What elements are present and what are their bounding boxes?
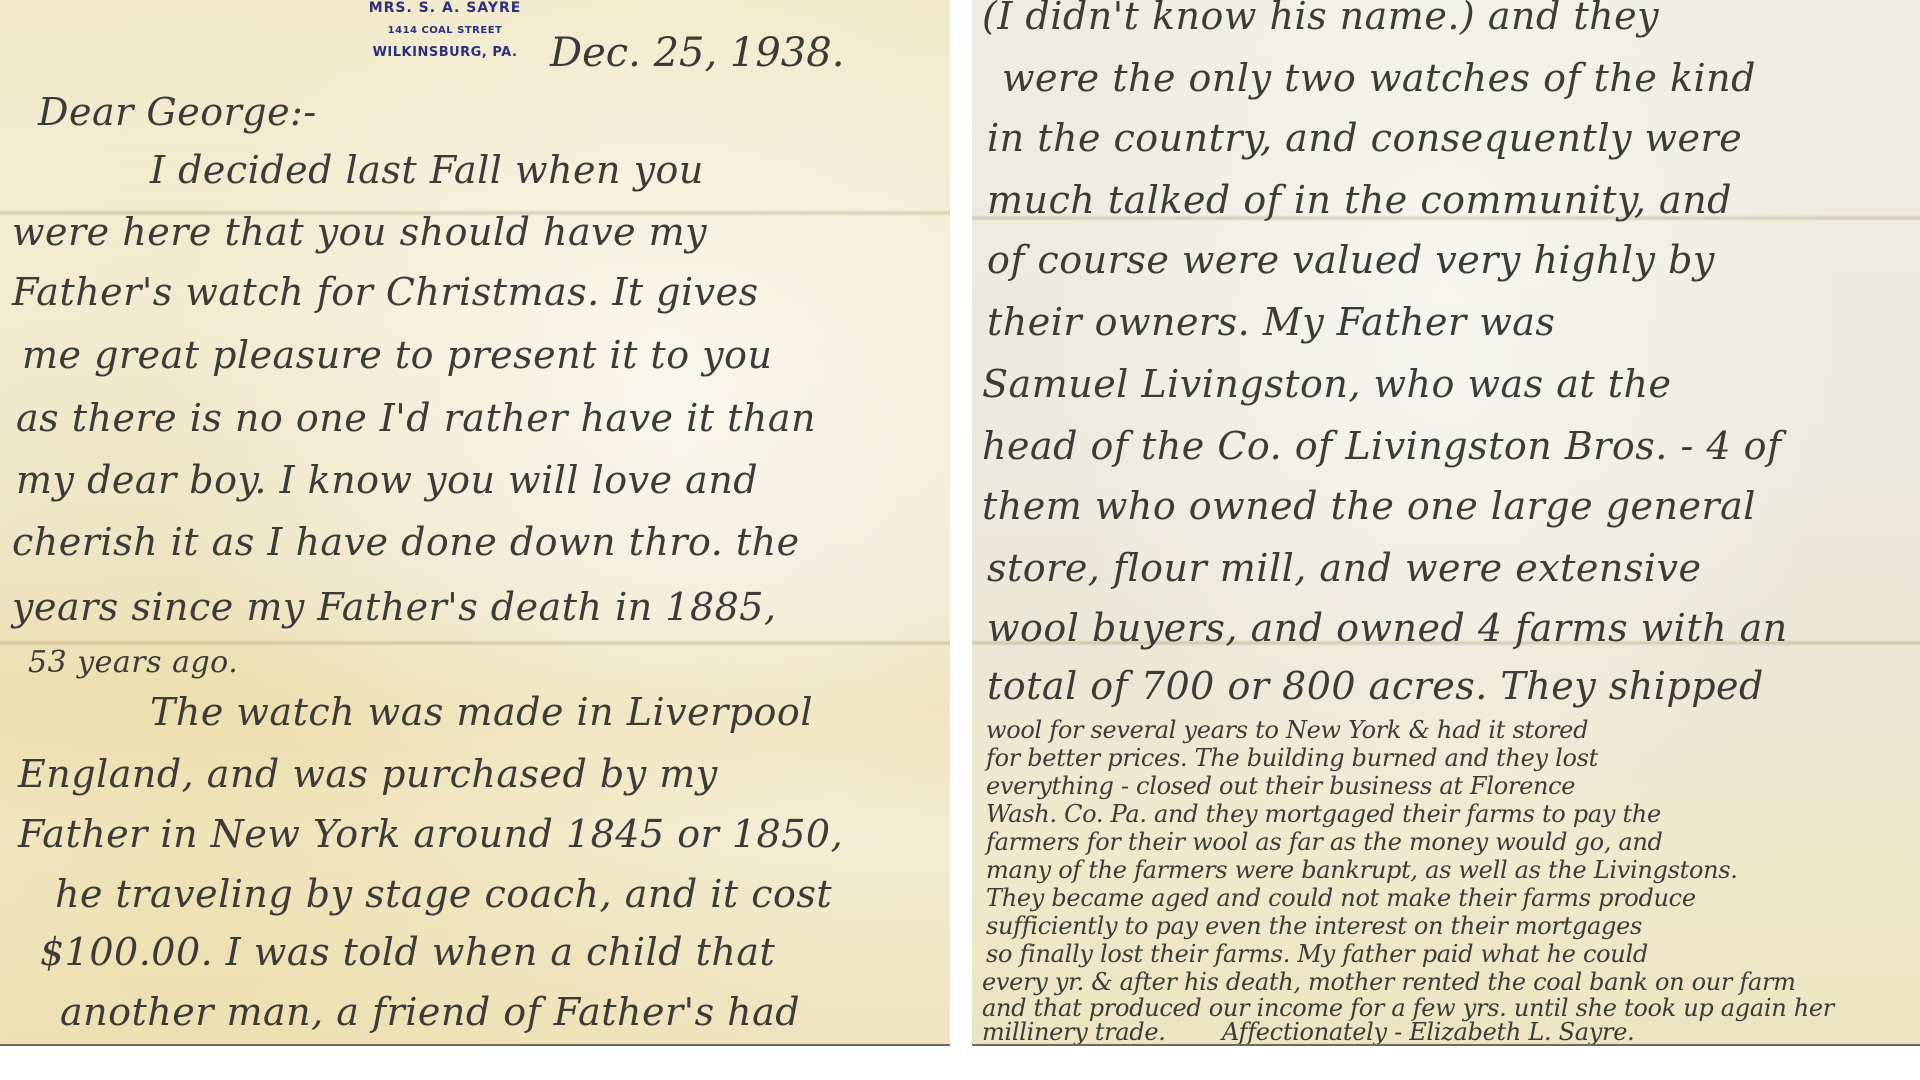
letter-page-2: (I didn't know his name.) and they were … bbox=[972, 0, 1920, 1046]
text-line: wool buyers, and owned 4 farms with an bbox=[987, 606, 1788, 650]
text-line: $100.00. I was told when a child that bbox=[40, 930, 775, 974]
text-line: farmers for their wool as far as the mon… bbox=[986, 828, 1663, 856]
text-line: I decided last Fall when you bbox=[150, 148, 704, 192]
text-line: much talked of in the community, and bbox=[987, 178, 1732, 222]
text-line: sufficiently to pay even the interest on… bbox=[986, 912, 1642, 940]
text-line: in the country, and consequently were bbox=[987, 116, 1742, 160]
text-line: Wash. Co. Pa. and they mortgaged their f… bbox=[986, 800, 1661, 828]
text-line: England, and was purchased by my bbox=[18, 752, 718, 796]
text-line: They became aged and could not make thei… bbox=[986, 884, 1696, 912]
letterhead-city: WILKINSBURG, PA. bbox=[355, 45, 535, 60]
text-line: he traveling by stage coach, and it cost bbox=[55, 872, 832, 916]
closing-signature: Affectionately - Elizabeth L. Sayre. bbox=[1222, 1018, 1634, 1046]
text-line: my dear boy. I know you will love and bbox=[16, 458, 758, 502]
text-line: another man, a friend of Father's had bbox=[60, 990, 800, 1034]
text-line: were here that you should have my bbox=[12, 210, 707, 254]
text-line: me great pleasure to present it to you bbox=[22, 333, 772, 377]
text-line: head of the Co. of Livingston Bros. - 4 … bbox=[982, 424, 1782, 468]
text-line: Father's watch for Christmas. It gives bbox=[12, 270, 759, 314]
text-line: (I didn't know his name.) and they bbox=[982, 0, 1659, 38]
text-line: so finally lost their farms. My father p… bbox=[986, 940, 1648, 968]
letter-date: Dec. 25, 1938. bbox=[550, 30, 844, 76]
text-line: for better prices. The building burned a… bbox=[986, 744, 1598, 772]
text-line: cherish it as I have done down thro. the bbox=[12, 520, 800, 564]
letter-page-1: MRS. S. A. SAYRE 1414 COAL STREET WILKIN… bbox=[0, 0, 950, 1046]
text-line: Father in New York around 1845 or 1850, bbox=[18, 812, 843, 856]
salutation: Dear George:- bbox=[38, 90, 317, 134]
text-line: total of 700 or 800 acres. They shipped bbox=[987, 664, 1764, 708]
text-line: them who owned the one large general bbox=[982, 484, 1756, 528]
letterhead-name: MRS. S. A. SAYRE bbox=[355, 0, 535, 16]
text-line: years since my Father's death in 1885, bbox=[12, 585, 777, 629]
text-line: store, flour mill, and were extensive bbox=[987, 546, 1701, 590]
letterhead: MRS. S. A. SAYRE 1414 COAL STREET WILKIN… bbox=[355, 0, 535, 60]
text-line: were the only two watches of the kind bbox=[1002, 56, 1756, 100]
text-line: their owners. My Father was bbox=[987, 300, 1555, 344]
text-line: The watch was made in Liverpool bbox=[150, 690, 813, 734]
letterhead-street: 1414 COAL STREET bbox=[355, 25, 535, 36]
text-line: many of the farmers were bankrupt, as we… bbox=[986, 856, 1738, 884]
text-line: every yr. & after his death, mother rent… bbox=[982, 968, 1796, 996]
text-line: everything - closed out their business a… bbox=[986, 772, 1575, 800]
text-line: wool for several years to New York & had… bbox=[986, 716, 1588, 744]
text-line: 53 years ago. bbox=[28, 645, 238, 680]
text-line: as there is no one I'd rather have it th… bbox=[16, 396, 816, 440]
text-line: Samuel Livingston, who was at the bbox=[982, 362, 1671, 406]
text-line: of course were valued very highly by bbox=[987, 238, 1715, 282]
text-line: millinery trade. bbox=[982, 1018, 1166, 1046]
